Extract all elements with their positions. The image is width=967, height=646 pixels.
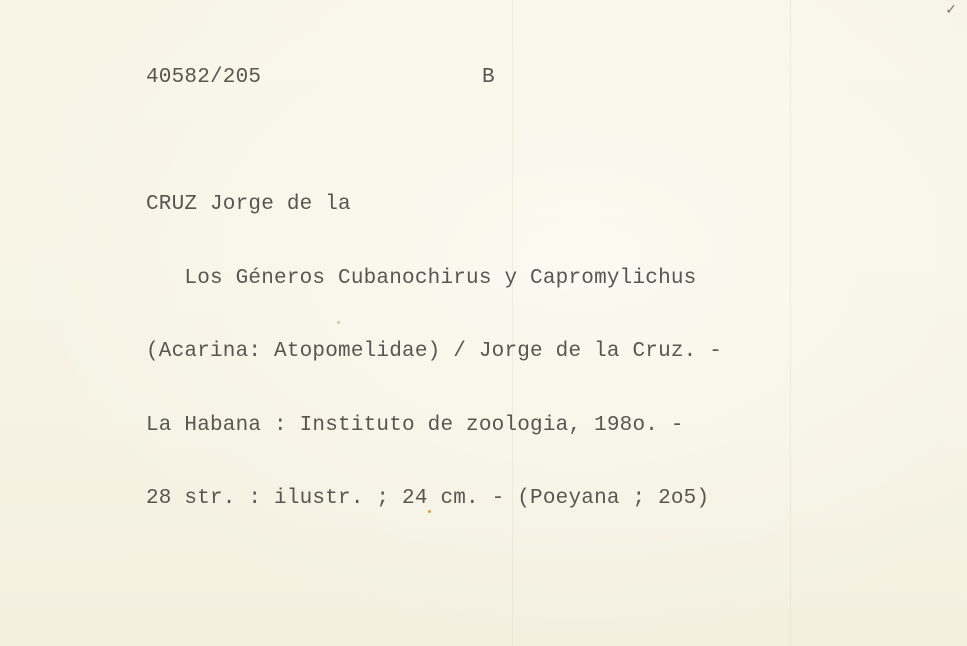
- author-line: CRUZ Jorge de la: [146, 193, 722, 218]
- title-line: Los Géneros Cubanochirus y Capromylichus: [146, 267, 722, 292]
- paper-speck: [428, 510, 431, 513]
- check-mark: ✓: [945, 2, 957, 18]
- catalog-card: ✓ 40582/205 B CRUZ Jorge de la Los Géner…: [0, 0, 967, 646]
- accession-number: 40582/205: [146, 66, 261, 91]
- paper-speck: [337, 321, 340, 324]
- bibliographic-entry: CRUZ Jorge de la Los Géneros Cubanochiru…: [146, 144, 722, 561]
- publication-line: La Habana : Instituto de zoologia, 198o.…: [146, 414, 722, 439]
- physical-description-line: 28 str. : ilustr. ; 24 cm. - (Poeyana ; …: [146, 487, 722, 512]
- paper-crease: [790, 0, 791, 646]
- section-letter: B: [482, 66, 495, 91]
- subtitle-line: (Acarina: Atopomelidae) / Jorge de la Cr…: [146, 340, 722, 365]
